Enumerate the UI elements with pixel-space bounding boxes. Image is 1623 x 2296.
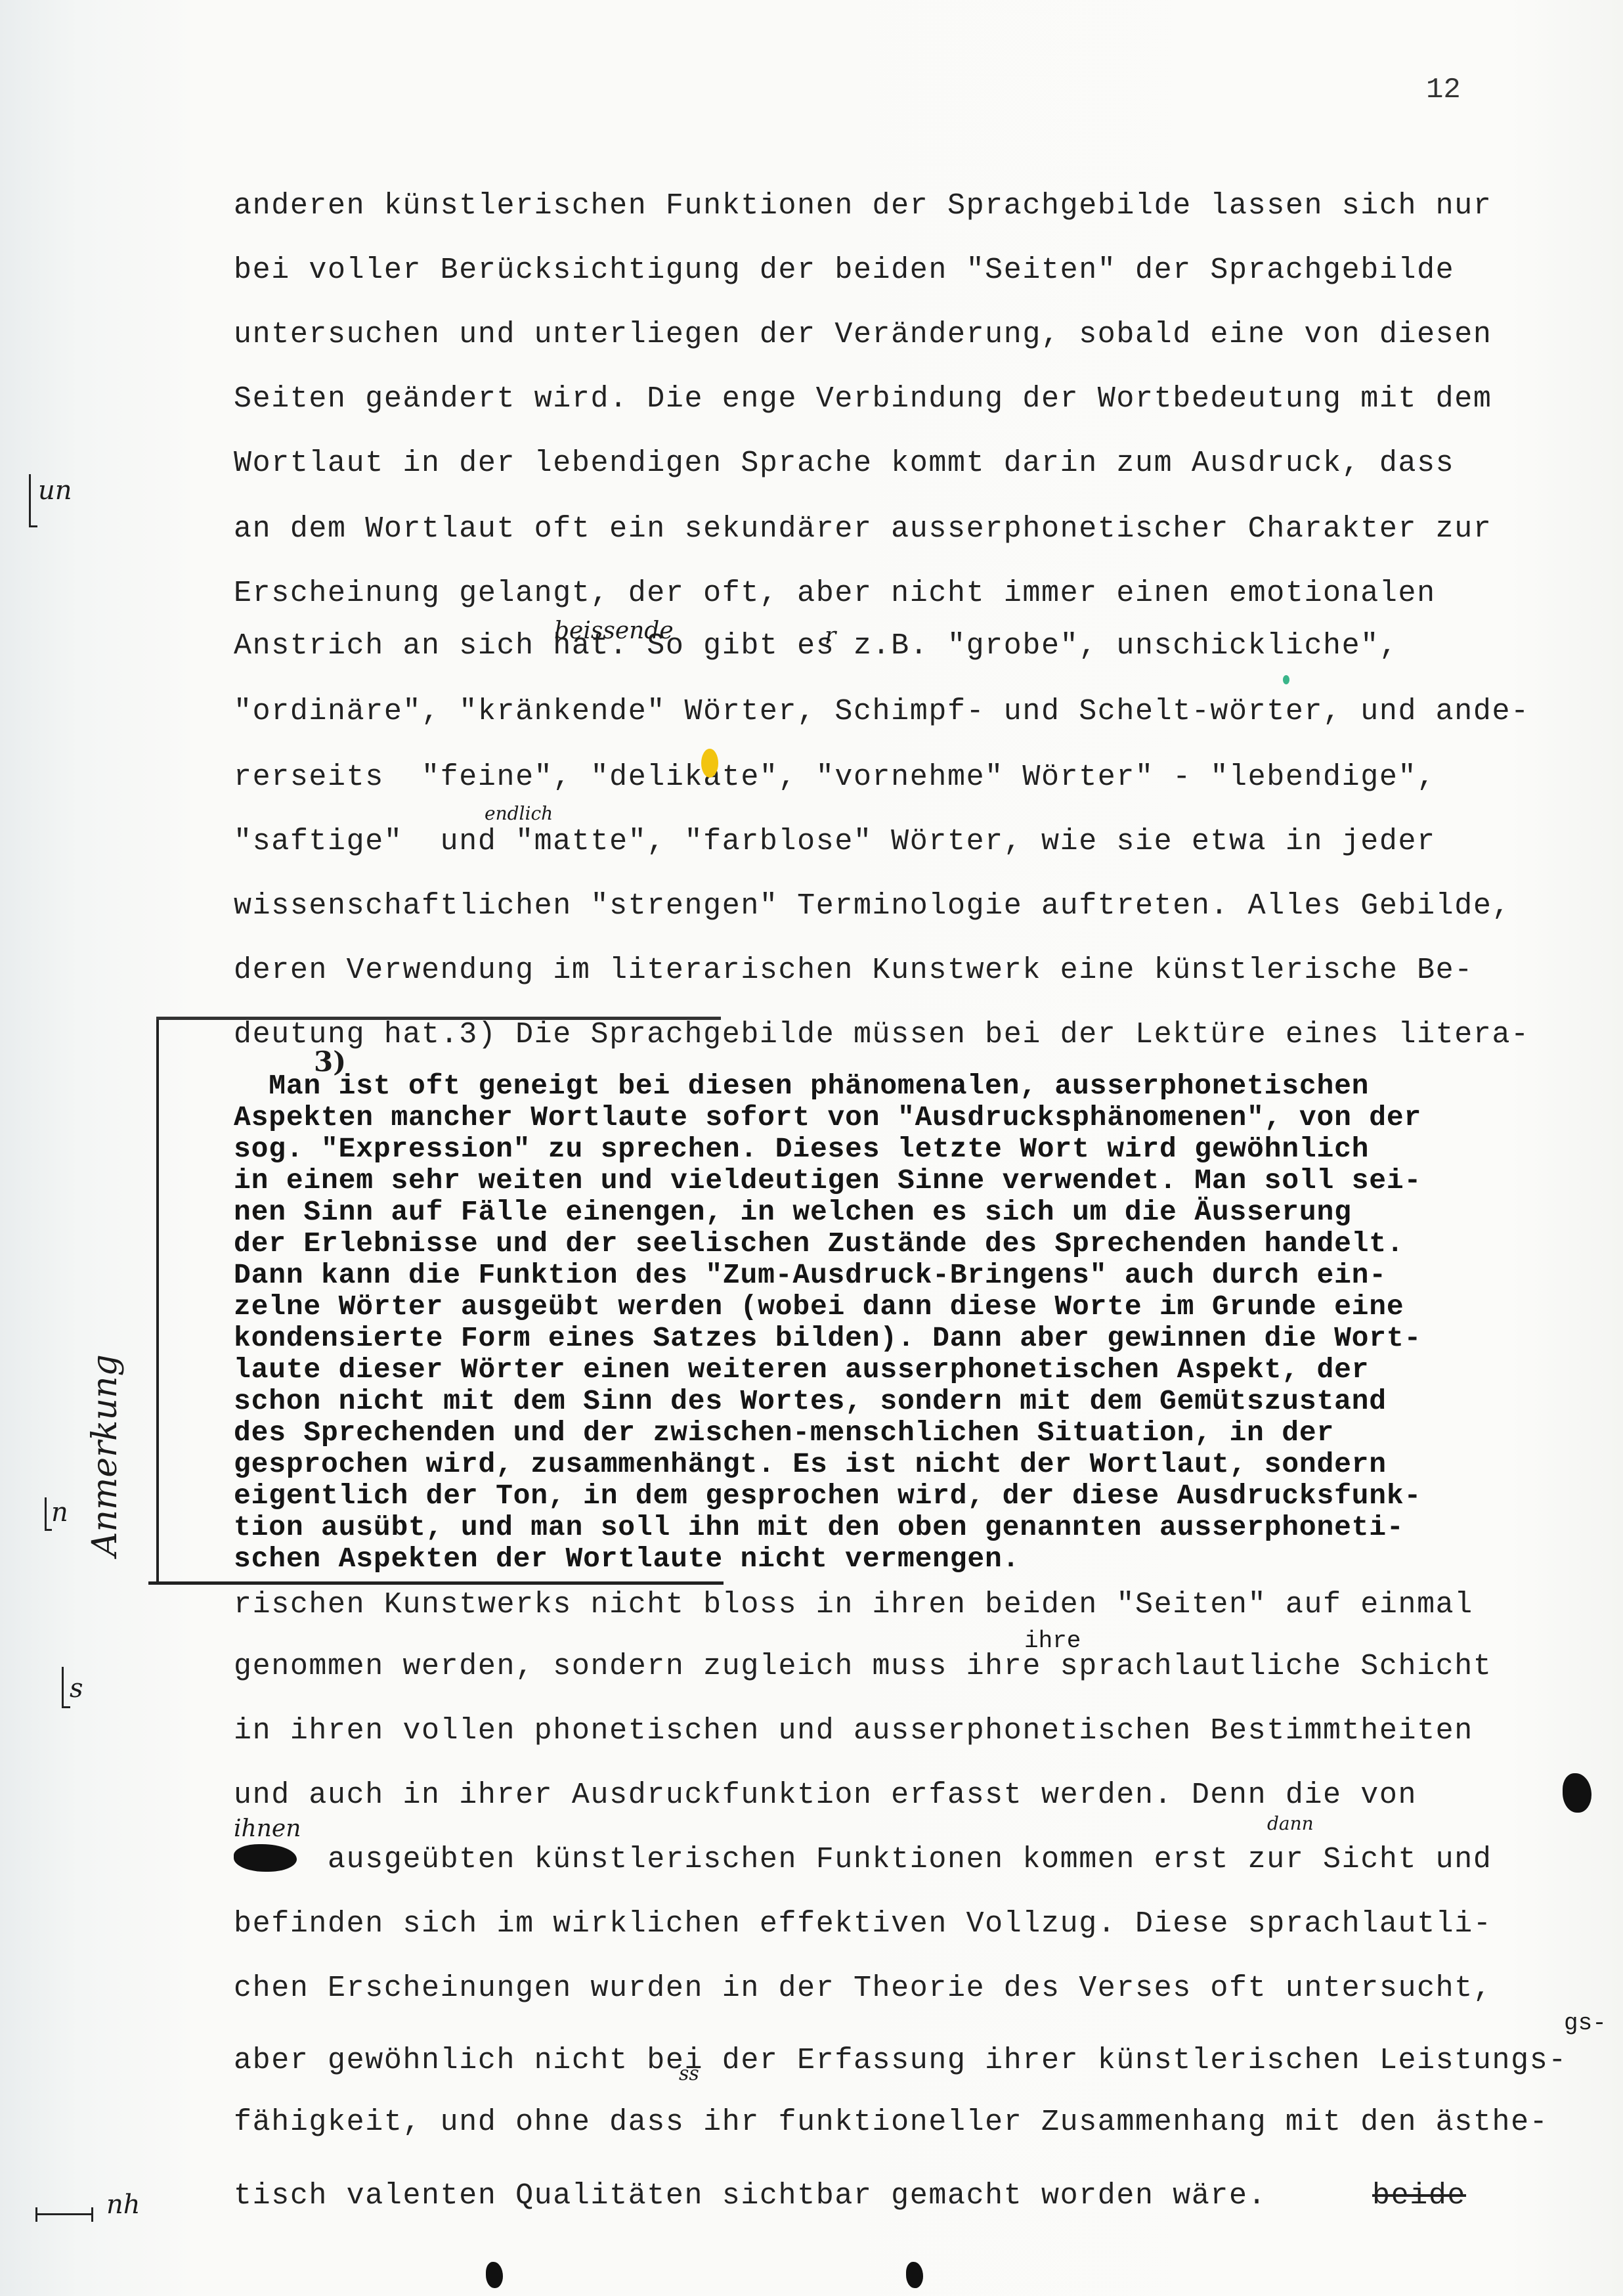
text-line: fähigkeit, und ohne dass ihr funktionell… [234,2106,1548,2139]
footnote-line: Aspekten mancher Wortlaute sofort von "A… [234,1103,1421,1132]
margin-note-s: s [70,1673,83,1704]
insert-dann: dann [1267,1813,1314,1834]
footnote-line: schon nicht mit dem Sinn des Wortes, son… [234,1387,1387,1415]
footnote-line: tion ausübt, und man soll ihn mit den ob… [234,1513,1404,1541]
text-line: tisch valenten Qualitäten sichtbar gemac… [234,2179,1266,2213]
text-line: und auch in ihrer Ausdruckfunktion erfas… [234,1778,1417,1812]
text-line: rerseits "feine", "delikate", "vornehme"… [234,761,1436,794]
text-line: deren Verwendung im literarischen Kunstw… [234,954,1473,987]
scribble-mark [234,1844,297,1872]
footnote-rule-bottom [148,1581,724,1585]
text-line: genommen werden, sondern zugleich muss i… [234,1650,1492,1683]
footnote-line: der Erlebnisse und der seelischen Zustän… [234,1229,1404,1258]
insert-ihre: ihre [1024,1627,1081,1654]
margin-mark-line [35,2213,93,2215]
footnote-line: Man ist oft geneigt bei diesen phänomena… [234,1072,1369,1100]
ink-dot [1283,675,1289,684]
page-number: 12 [1426,74,1461,106]
footnote-line: zelne Wörter ausgeübt werden (wobei dann… [234,1292,1404,1321]
text-line: befinden sich im wirklichen effektiven V… [234,1907,1492,1941]
footnote-line: des Sprechenden und der zwischen-menschl… [234,1419,1334,1447]
text-line: Anstrich an sich hat. So gibt es z.B. "g… [234,629,1398,663]
insert-ss: ss [679,2062,699,2085]
insert-endlich: endlich [485,803,553,824]
insert-gs: gs- [1564,2010,1607,2037]
text-line: untersuchen und unterliegen der Veränder… [234,318,1492,351]
margin-note-n: n [51,1497,68,1528]
insert-r: r [825,623,836,650]
footnote-line: kondensierte Form eines Satzes bilden). … [234,1324,1421,1352]
highlighter-dot [701,749,718,778]
text-line: an dem Wortlaut oft ein sekundärer ausse… [234,512,1492,546]
text-line: Wortlaut in der lebendigen Sprache kommt… [234,447,1454,480]
insert-ihnen: ihnen [234,1815,301,1842]
margin-note-bottom: nh [106,2190,141,2220]
scribble-mark [906,2262,923,2288]
text-line: "saftige" und "matte", "farblose" Wörter… [234,825,1436,858]
text-line: "ordinäre", "kränkende" Wörter, Schimpf-… [234,695,1530,728]
text-line: in ihren vollen phonetischen und ausserp… [234,1714,1473,1748]
margin-bracket [29,474,37,527]
insert-beissende: beissende [554,617,674,644]
footnote-line: eigentlich der Ton, in dem gesprochen wi… [234,1482,1421,1510]
struck-word: beide [1372,2179,1466,2213]
footnote-line: sog. "Expression" zu sprechen. Dieses le… [234,1135,1369,1163]
footnote-line: in einem sehr weiten und vieldeutigen Si… [234,1166,1421,1195]
footnote-line: nen Sinn auf Fälle einengen, in welchen … [234,1198,1352,1226]
scribble-mark [486,2262,503,2288]
text-line: anderen künstlerischen Funktionen der Sp… [234,189,1492,223]
footnote-line: Dann kann die Funktion des "Zum-Ausdruck… [234,1261,1387,1289]
footnote-rule-top [156,1017,721,1020]
footnote-line: schen Aspekten der Wortlaute nicht verme… [234,1545,1020,1573]
text-line: bei voller Berücksichtigung der beiden "… [234,254,1454,287]
text-line: Erscheinung gelangt, der oft, aber nicht… [234,577,1436,610]
margin-label-anmerkung: Anmerkung [85,1354,125,1556]
text-line: ausgeübten künstlerischen Funktionen kom… [234,1843,1492,1876]
text-line: Seiten geändert wird. Die enge Verbindun… [234,382,1492,416]
footnote-line: gesprochen wird, zusammenhängt. Es ist n… [234,1450,1387,1478]
text-line: wissenschaftlichen "strengen" Terminolog… [234,889,1511,923]
margin-note-un: un [38,475,72,506]
footnote-line: laute dieser Wörter einen weiteren ausse… [234,1356,1369,1384]
text-line: rischen Kunstwerks nicht bloss in ihren … [234,1588,1473,1622]
text-line: aber gewöhnlich nicht bei der Erfassung … [234,2044,1567,2077]
text-line: chen Erscheinungen wurden in der Theorie… [234,1972,1492,2005]
